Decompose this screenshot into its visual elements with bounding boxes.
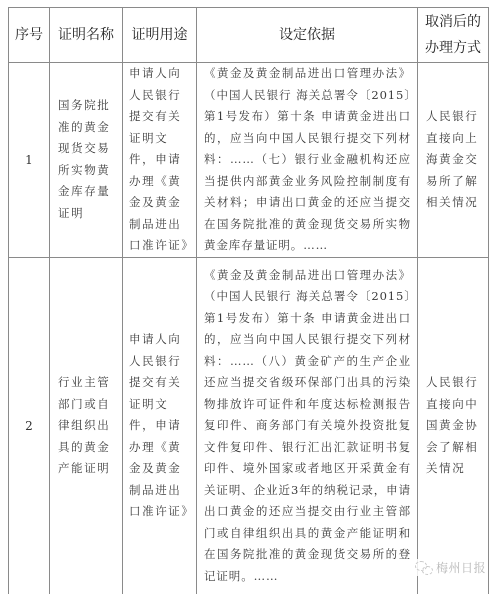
row-number: 2 — [9, 257, 50, 594]
header-after: 取消后的 办理方式 — [418, 8, 489, 63]
header-basis: 设定依据 — [197, 8, 418, 63]
header-after-line1: 取消后的 — [418, 9, 488, 35]
header-after-line2: 办理方式 — [418, 35, 488, 61]
table-row: 2 行业主管部门或自律组织出具的黄金产能证明 申请人向人民银行提交有关证明文件，… — [9, 257, 489, 594]
handling-after-cancel: 人民银行直接向上海黄金交易所了解相关情况 — [418, 63, 489, 258]
row-number: 1 — [9, 63, 50, 258]
wechat-icon — [415, 561, 433, 575]
handling-after-cancel: 人民银行直接向中国黄金协会了解相关情况 — [418, 257, 489, 594]
header-use: 证明用途 — [123, 8, 197, 63]
table-header-row: 序号 证明名称 证明用途 设定依据 取消后的 办理方式 — [9, 8, 489, 63]
watermark: 梅州日报 — [415, 559, 486, 576]
header-no: 序号 — [9, 8, 50, 63]
legal-basis: 《黄金及黄金制品进出口管理办法》（中国人民银行 海关总署令〔2015〕第1号发布… — [197, 63, 418, 258]
certificate-table: 序号 证明名称 证明用途 设定依据 取消后的 办理方式 1 国务院批准的黄金现货… — [8, 7, 489, 594]
certificate-name: 行业主管部门或自律组织出具的黄金产能证明 — [50, 257, 123, 594]
certificate-use: 申请人向人民银行提交有关证明文件，申请办理《黄金及黄金制品进出口准许证》 — [123, 257, 197, 594]
header-name: 证明名称 — [50, 8, 123, 63]
certificate-name: 国务院批准的黄金现货交易所实物黄金库存量证明 — [50, 63, 123, 258]
table-row: 1 国务院批准的黄金现货交易所实物黄金库存量证明 申请人向人民银行提交有关证明文… — [9, 63, 489, 258]
watermark-text: 梅州日报 — [436, 559, 486, 576]
certificate-use: 申请人向人民银行提交有关证明文件，申请办理《黄金及黄金制品进出口准许证》 — [123, 63, 197, 258]
legal-basis: 《黄金及黄金制品进出口管理办法》（中国人民银行 海关总署令〔2015〕第1号发布… — [197, 257, 418, 594]
